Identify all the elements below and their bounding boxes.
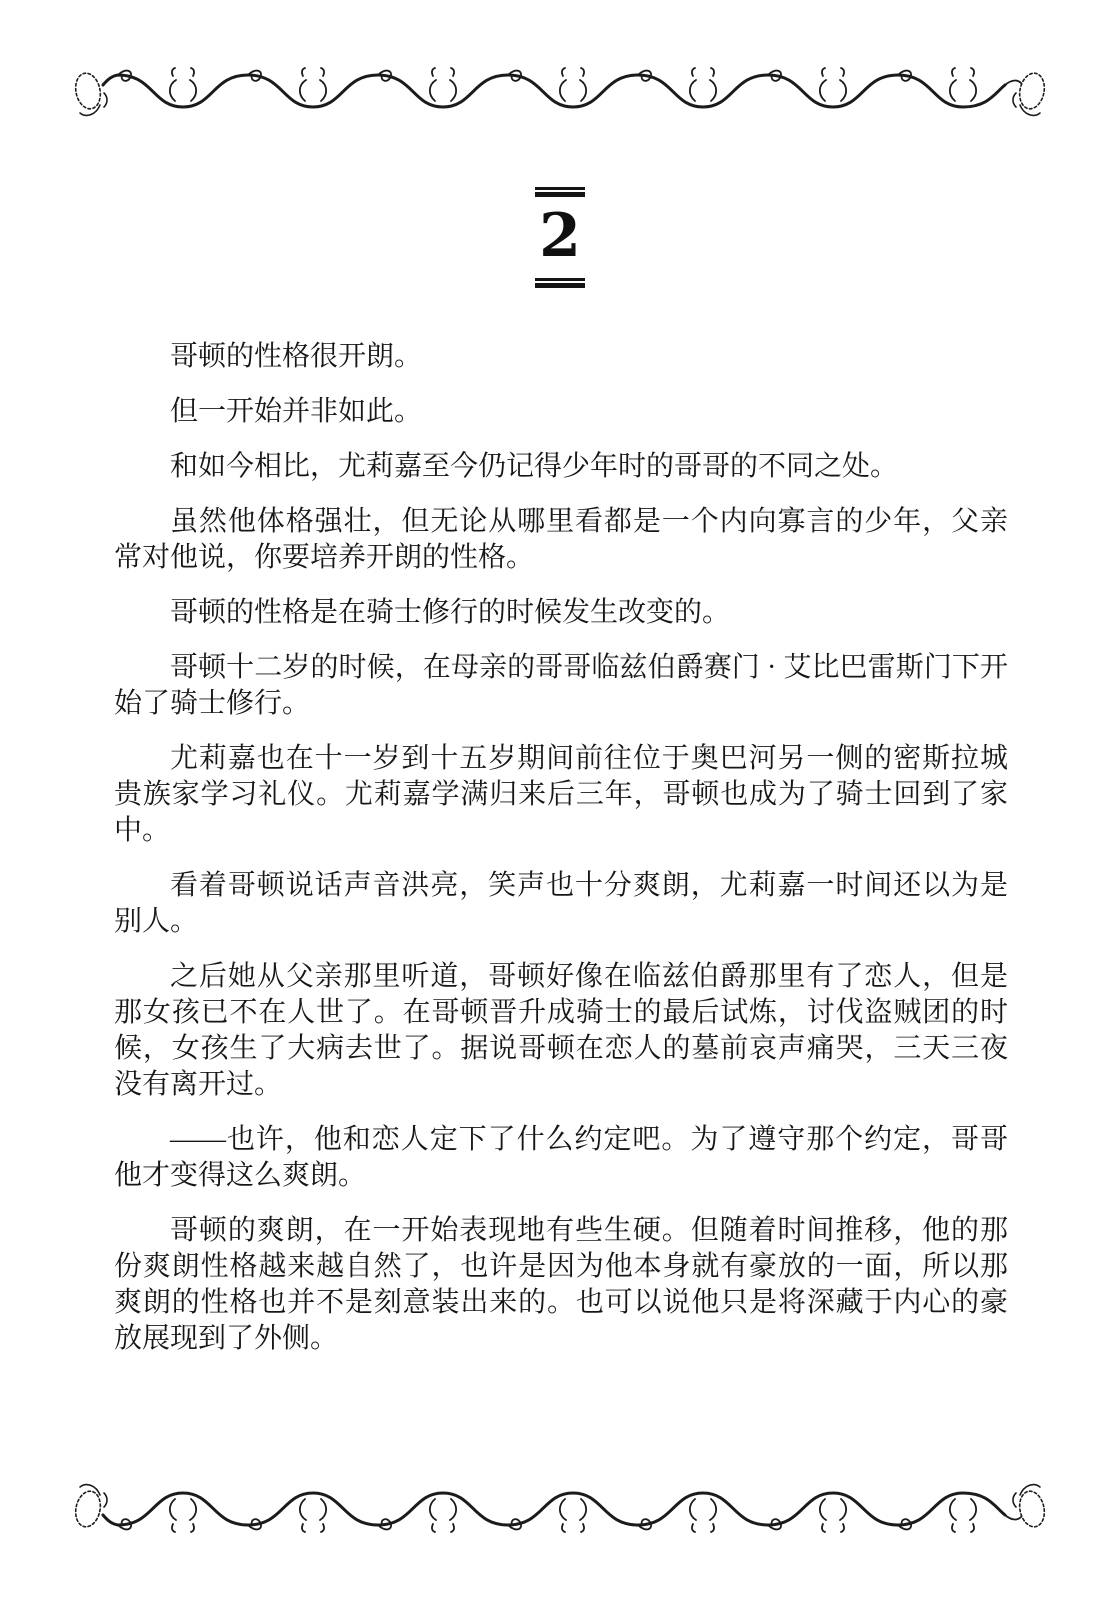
paragraph: 尤莉嘉也在十一岁到十五岁期间前往位于奥巴河另一侧的密斯拉城贵族家学习礼仪。尤莉嘉… (114, 741, 1008, 849)
paragraph: 看着哥顿说话声音洪亮，笑声也十分爽朗，尤莉嘉一时间还以为是别人。 (114, 868, 1008, 940)
book-page: 2 哥顿的性格很开朗。 但一开始并非如此。 和如今相比，尤莉嘉至今仍记得少年时的… (0, 0, 1120, 1600)
chapter-rule-bottom-thin (535, 278, 585, 281)
chapter-text: 哥顿的性格很开朗。 但一开始并非如此。 和如今相比，尤莉嘉至今仍记得少年时的哥哥… (114, 339, 1008, 1376)
chapter-rule-bottom-thick (535, 283, 585, 288)
paragraph: 哥顿的性格是在骑士修行的时候发生改变的。 (114, 595, 1008, 631)
chapter-rule-top-thick (535, 192, 585, 197)
chapter-rule-top-thin (535, 187, 585, 190)
paragraph: 但一开始并非如此。 (114, 394, 1008, 430)
paragraph: 和如今相比，尤莉嘉至今仍记得少年时的哥哥的不同之处。 (114, 449, 1008, 485)
ornamental-scroll-border-top-icon (70, 62, 1050, 124)
paragraph: 虽然他体格强壮，但无论从哪里看都是一个内向寡言的少年，父亲常对他说，你要培养开朗… (114, 504, 1008, 576)
paragraph: 哥顿的性格很开朗。 (114, 339, 1008, 375)
paragraph: ——也许，他和恋人定下了什么约定吧。为了遵守那个约定，哥哥他才变得这么爽朗。 (114, 1122, 1008, 1194)
ornamental-scroll-border-bottom-icon (70, 1476, 1050, 1538)
paragraph: 哥顿十二岁的时候，在母亲的哥哥临兹伯爵赛门 · 艾比巴雷斯门下开始了骑士修行。 (114, 650, 1008, 722)
paragraph: 之后她从父亲那里听道，哥顿好像在临兹伯爵那里有了恋人，但是那女孩已不在人世了。在… (114, 959, 1008, 1103)
paragraph: 哥顿的爽朗，在一开始表现地有些生硬。但随着时间推移，他的那份爽朗性格越来越自然了… (114, 1213, 1008, 1357)
chapter-header: 2 (0, 187, 1120, 288)
chapter-number: 2 (539, 206, 581, 266)
